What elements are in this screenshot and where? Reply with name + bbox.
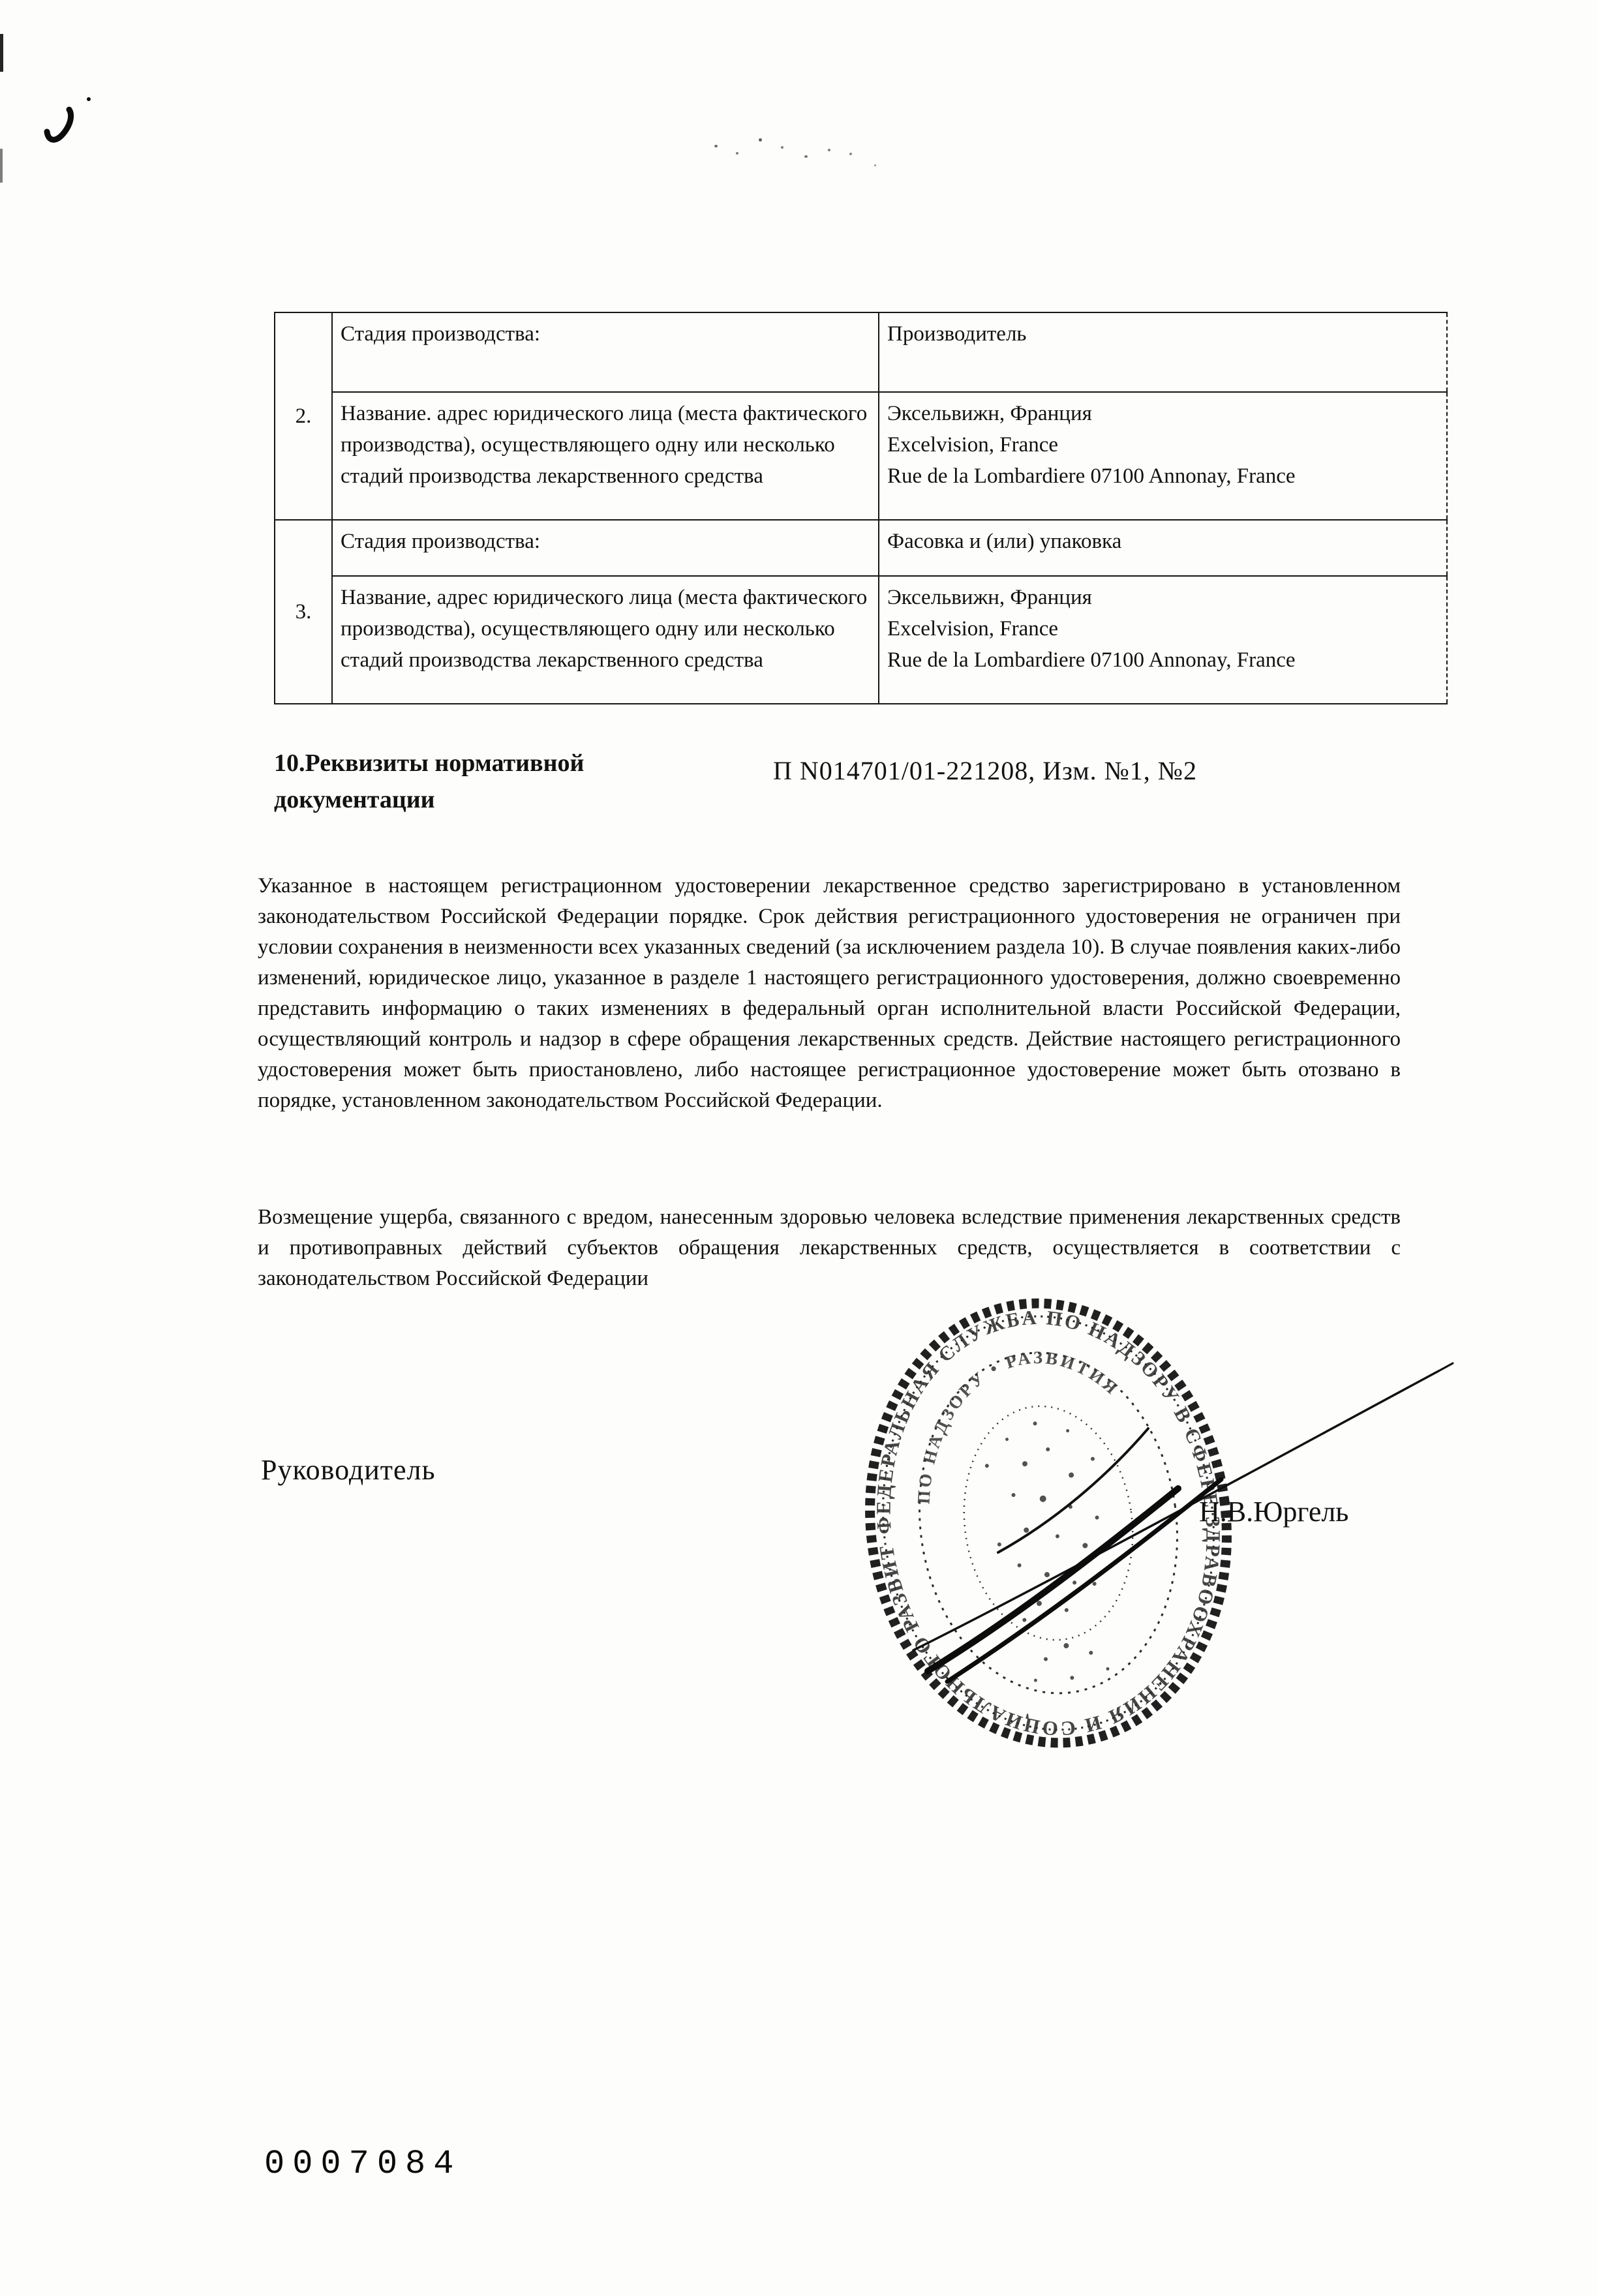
manufacturer-address: Rue de la Lombardiere 07100 Annonay, Fra… xyxy=(887,461,1438,492)
stage-label: Стадия производства: xyxy=(341,322,540,346)
manufacturer-name-en: Excelvision, France xyxy=(887,613,1438,644)
signatory-role-label: Руководитель xyxy=(261,1453,436,1487)
section10-heading: 10.Реквизиты нормативной документации xyxy=(274,745,692,818)
signatory-name: Н.В.Юргель xyxy=(1199,1495,1348,1528)
scan-noise xyxy=(736,152,738,155)
manufacturer-value-cell: Эксельвижн, Франция Excelvision, France … xyxy=(879,392,1447,520)
registration-number: П N014701/01-221208, Изм. №1, №2 xyxy=(773,755,1197,786)
stage-value-cell: Фасовка и (или) упаковка xyxy=(879,520,1447,576)
manufacturer-address: Rue de la Lombardiere 07100 Annonay, Fra… xyxy=(887,644,1438,676)
scan-noise xyxy=(804,155,808,158)
scan-noise xyxy=(849,153,852,155)
row-number: 3. xyxy=(296,600,312,624)
scanned-document-page: 2. Стадия производства: Производитель На… xyxy=(0,0,1597,2296)
stage-label-cell: Стадия производства: xyxy=(332,312,879,392)
name-label-cell: Название, адрес юридического лица (места… xyxy=(332,576,879,704)
table-row: Название. адрес юридического лица (места… xyxy=(275,392,1447,520)
legal-paragraph-validity: Указанное в настоящем регистрационном уд… xyxy=(258,871,1401,1116)
manufacturer-name-en: Excelvision, France xyxy=(887,429,1438,461)
scan-edge-artifact xyxy=(0,149,3,183)
pen-tick-mark xyxy=(38,91,97,163)
table-row: 2. Стадия производства: Производитель xyxy=(275,312,1447,392)
stage-label-cell: Стадия производства: xyxy=(332,520,879,576)
name-label-cell: Название. адрес юридического лица (места… xyxy=(332,392,879,520)
stage-label: Стадия производства: xyxy=(341,530,540,553)
stage-value: Производитель xyxy=(887,322,1026,346)
row-number: 2. xyxy=(296,404,312,428)
scan-noise xyxy=(759,138,762,142)
row-number-cell: 2. xyxy=(275,312,332,520)
name-label: Название, адрес юридического лица (места… xyxy=(341,586,867,672)
form-serial-number: 0007084 xyxy=(264,2145,461,2183)
manufacturer-value-cell: Эксельвижн, Франция Excelvision, France … xyxy=(879,576,1447,704)
row-number-cell: 3. xyxy=(275,520,332,704)
scan-edge-artifact xyxy=(0,34,3,72)
name-label: Название. адрес юридического лица (места… xyxy=(341,402,867,488)
scan-noise xyxy=(781,146,783,149)
table-row: Название, адрес юридического лица (места… xyxy=(275,576,1447,704)
scan-noise xyxy=(714,145,718,147)
manufacturer-name-ru: Эксельвижн, Франция xyxy=(887,398,1438,429)
manufacturer-table: 2. Стадия производства: Производитель На… xyxy=(274,312,1448,704)
handwritten-signature xyxy=(718,1272,1500,1755)
stage-value: Фасовка и (или) упаковка xyxy=(887,530,1121,553)
scan-noise xyxy=(874,164,876,166)
scan-noise xyxy=(828,149,830,151)
stage-value-cell: Производитель xyxy=(879,312,1447,392)
manufacturer-name-ru: Эксельвижн, Франция xyxy=(887,582,1438,613)
table-row: 3. Стадия производства: Фасовка и (или) … xyxy=(275,520,1447,576)
